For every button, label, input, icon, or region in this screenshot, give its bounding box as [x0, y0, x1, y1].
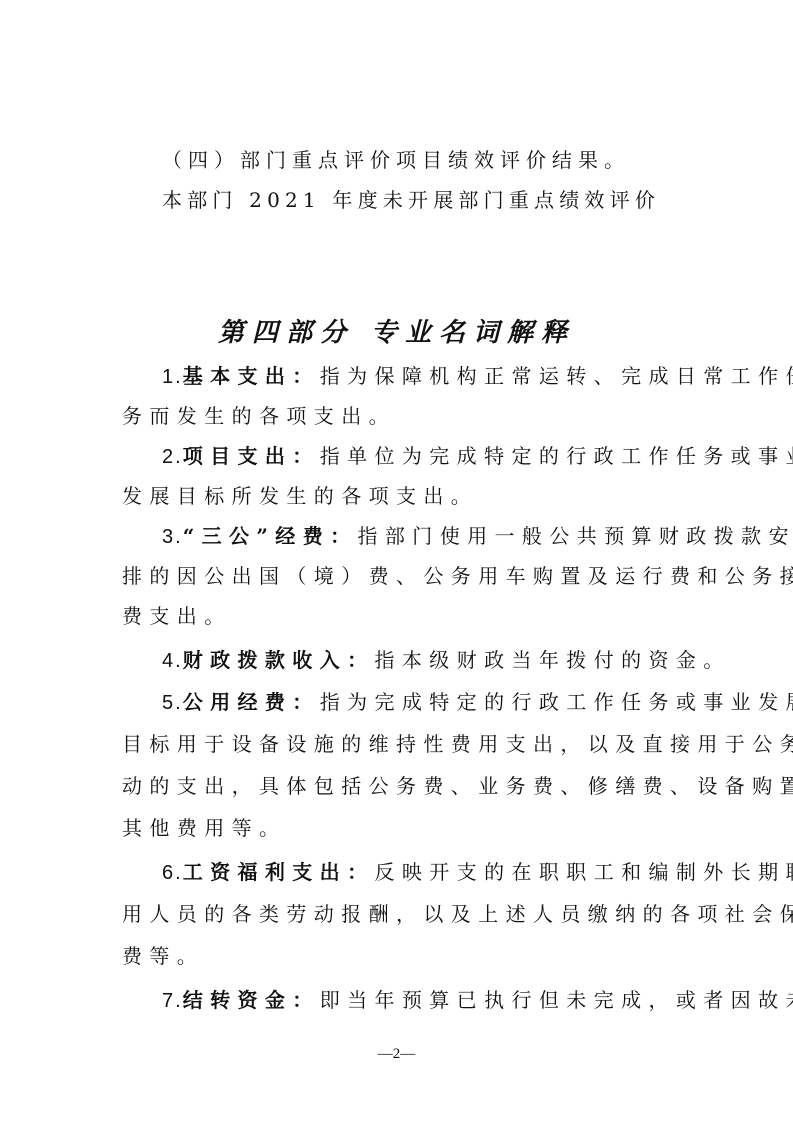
- term-continuation: 动的支出，具体包括公务费、业务费、修缮费、设备购置费、: [122, 772, 793, 800]
- term-item: 4.财政拨款收入：指本级财政当年拨付的资金。: [162, 646, 731, 675]
- term-label: “三公”经费：: [183, 524, 358, 548]
- section-heading: （四）部门重点评价项目绩效评价结果。: [162, 146, 630, 174]
- part-title: 第四部分 专业名词解释: [0, 312, 793, 349]
- term-number: 7.: [162, 990, 183, 1012]
- term-number: 5.: [162, 692, 183, 714]
- term-continuation: 务而发生的各项支出。: [122, 402, 396, 430]
- page-number: —2—: [0, 1046, 793, 1063]
- term-number: 6.: [162, 862, 183, 884]
- term-continuation: 目标用于设备设施的维持性费用支出，以及直接用于公务活: [122, 730, 793, 758]
- term-continuation: 其他费用等。: [122, 814, 286, 842]
- term-item: 7.结转资金：即当年预算已执行但未完成，或者因故未: [162, 986, 793, 1015]
- term-item: 1.基本支出：指为保障机构正常运转、完成日常工作任: [162, 362, 793, 391]
- term-text: 反映开支的在职职工和编制外长期聘: [375, 860, 793, 884]
- term-item: 3.“三公”经费：指部门使用一般公共预算财政拨款安: [162, 522, 793, 551]
- term-item: 2.项目支出：指单位为完成特定的行政工作任务或事业: [162, 442, 793, 471]
- term-label: 基本支出：: [183, 364, 320, 388]
- section-body: 本部门 2021 年度未开展部门重点绩效评价: [162, 186, 660, 214]
- term-text: 即当年预算已执行但未完成，或者因故未: [320, 988, 793, 1012]
- term-label: 项目支出：: [183, 444, 320, 468]
- term-item: 5.公用经费：指为完成特定的行政工作任务或事业发展: [162, 688, 793, 717]
- term-continuation: 排的因公出国（境）费、公务用车购置及运行费和公务接待: [122, 562, 793, 590]
- term-label: 公用经费：: [183, 690, 320, 714]
- term-text: 指为完成特定的行政工作任务或事业发展: [320, 690, 793, 714]
- term-continuation: 费等。: [122, 942, 204, 970]
- term-continuation: 费支出。: [122, 602, 232, 630]
- term-text: 指部门使用一般公共预算财政拨款安: [358, 524, 793, 548]
- term-number: 4.: [162, 650, 183, 672]
- term-continuation: 用人员的各类劳动报酬，以及上述人员缴纳的各项社会保险: [122, 900, 793, 928]
- term-label: 财政拨款收入：: [183, 648, 375, 672]
- term-text: 指单位为完成特定的行政工作任务或事业: [320, 444, 793, 468]
- term-text: 指本级财政当年拨付的资金。: [375, 648, 731, 672]
- term-number: 1.: [162, 366, 183, 388]
- term-label: 结转资金：: [183, 988, 320, 1012]
- term-continuation: 发展目标所发生的各项支出。: [122, 482, 478, 510]
- term-item: 6.工资福利支出：反映开支的在职职工和编制外长期聘: [162, 858, 793, 887]
- term-number: 2.: [162, 446, 183, 468]
- term-number: 3.: [162, 526, 183, 548]
- term-text: 指为保障机构正常运转、完成日常工作任: [320, 364, 793, 388]
- term-label: 工资福利支出：: [183, 860, 375, 884]
